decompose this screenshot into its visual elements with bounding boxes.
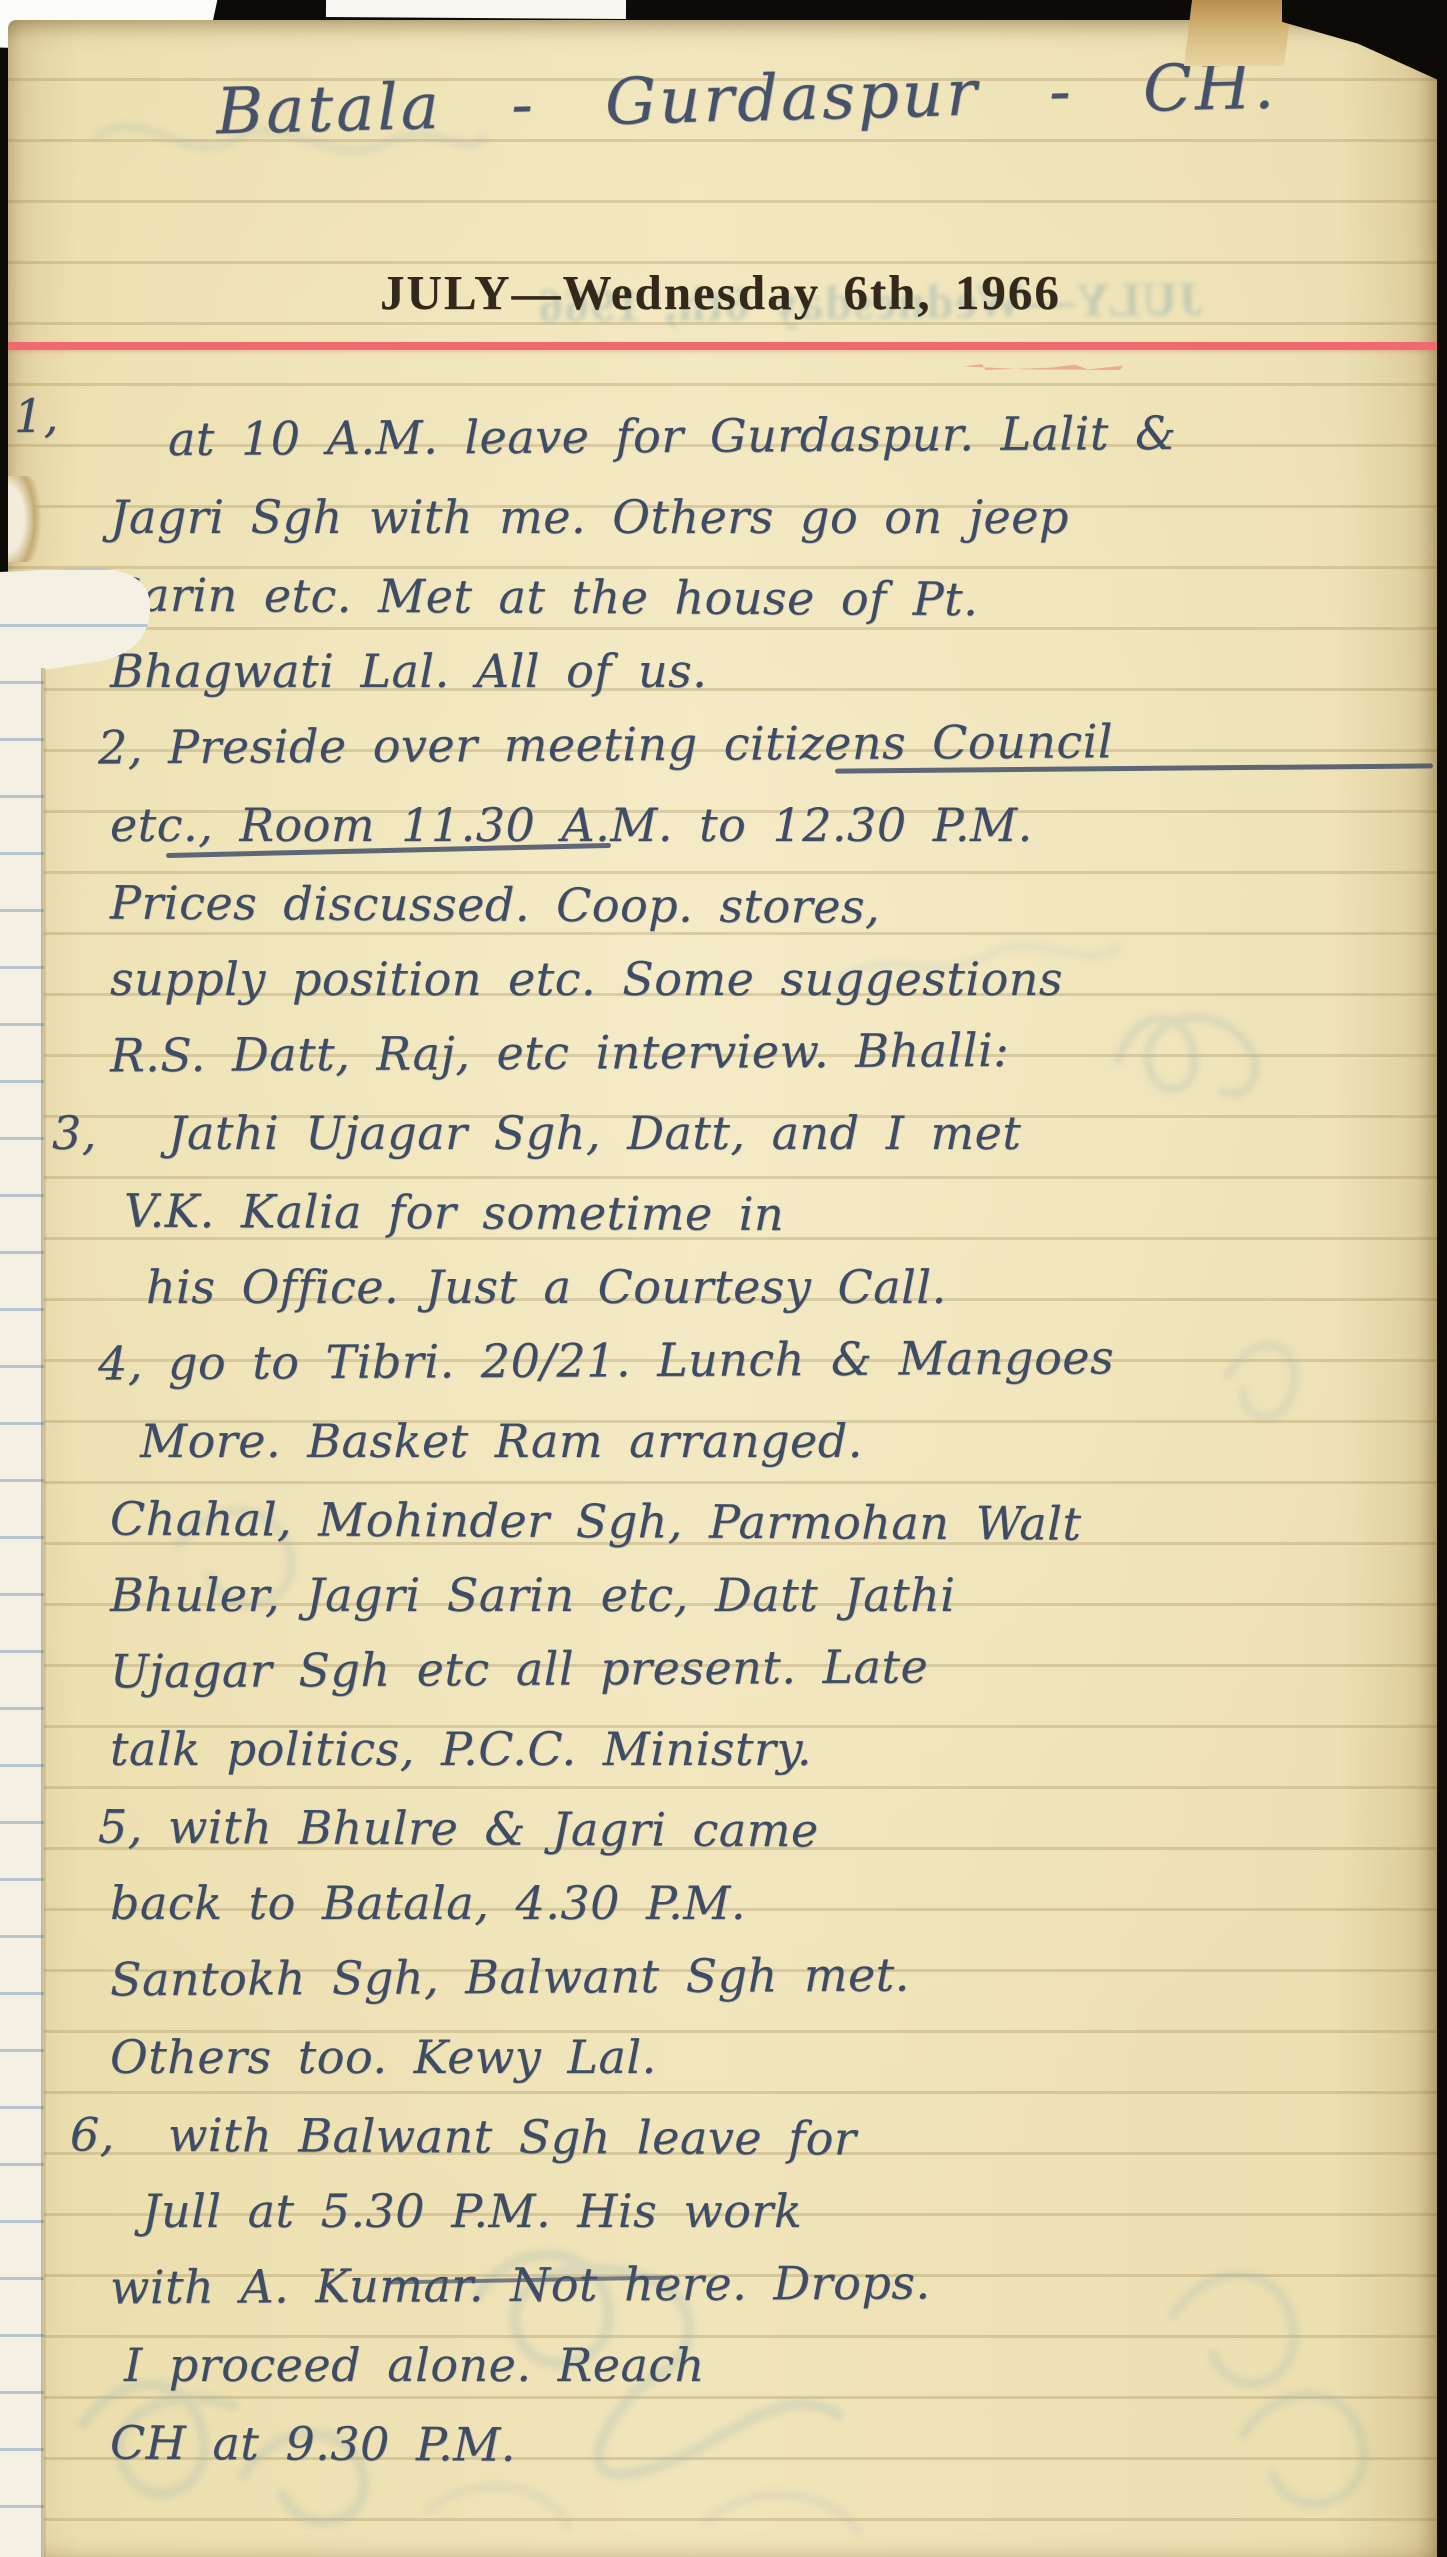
entry-text: Jull at 5.30 P.M. His work xyxy=(142,2184,802,2238)
entry-text: Jagri Sgh with me. Others go on jeep xyxy=(110,490,1069,544)
diary-line: Ujagar Sgh etc all present. Late xyxy=(8,1625,1437,1711)
diary-line: with A. Kumar. Not here. Drops. xyxy=(8,2241,1437,2327)
diary-line: I proceed alone. Reach xyxy=(8,2327,1437,2404)
entry-text: with Balwant Sgh leave for xyxy=(168,2108,857,2166)
scanned-diary-page: Batala - Gurdaspur - CH. JULY—Wednesday … xyxy=(0,0,1447,2557)
diary-line: Jull at 5.30 P.M. His work xyxy=(8,2173,1437,2250)
entry-number: 5, xyxy=(98,1788,143,1865)
entry-text: with Bhulre & Jagri came xyxy=(168,1800,819,1857)
diary-line: CH at 9.30 P.M. xyxy=(8,2404,1437,2488)
entry-text: R.S. Datt, Raj, etc interview. Bhalli: xyxy=(110,1023,1010,1082)
entry-text: Others too. Kewy Lal. xyxy=(110,2030,657,2084)
entry-text: More. Basket Ram arranged. xyxy=(140,1414,863,1468)
entry-number: 6, xyxy=(70,2096,115,2173)
entry-text: his Office. Just a Courtesy Call. xyxy=(146,1260,947,1314)
entry-text: talk politics, P.C.C. Ministry. xyxy=(110,1722,812,1776)
entry-text: I proceed alone. Reach xyxy=(124,2338,705,2392)
page-edge-streak xyxy=(1184,0,1292,66)
entry-text: Ujagar Sgh etc all present. Late xyxy=(110,1639,929,1698)
printed-date-heading: JULY—Wednesday 6th, 1966 xyxy=(380,264,1061,321)
diary-page: Batala - Gurdaspur - CH. JULY—Wednesday … xyxy=(8,20,1437,2557)
entry-text: with A. Kumar. Not here. Drops. xyxy=(110,2255,931,2314)
diary-line: supply position etc. Some suggestions xyxy=(8,941,1437,1018)
entry-text: at 10 A.M. leave for Gurdaspur. Lalit & xyxy=(168,406,1177,466)
entry-text: Prices discussed. Coop. stores, xyxy=(110,876,880,934)
diary-line: 3,Jathi Ujagar Sgh, Datt, and I met xyxy=(8,1095,1437,1172)
diary-line: Chahal, Mohinder Sgh, Parmohan Walt xyxy=(8,1480,1437,1564)
diary-line: talk politics, P.C.C. Ministry. xyxy=(8,1711,1437,1788)
diary-line: Jagri Sgh with me. Others go on jeep xyxy=(8,479,1437,556)
diary-line: Bhuler, Jagri Sarin etc, Datt Jathi xyxy=(8,1557,1437,1634)
entry-number: 2, xyxy=(98,709,143,786)
diary-line: his Office. Just a Courtesy Call. xyxy=(8,1249,1437,1326)
diary-line: 4,go to Tibri. 20/21. Lunch & Mangoes xyxy=(8,1317,1437,1403)
entry-text: Jathi Ujagar Sgh, Datt, and I met xyxy=(168,1106,1021,1160)
diary-line: Prices discussed. Coop. stores, xyxy=(8,864,1437,948)
entry-text: Chahal, Mohinder Sgh, Parmohan Walt xyxy=(110,1492,1082,1551)
diary-line: R.S. Datt, Raj, etc interview. Bhalli: xyxy=(8,1009,1437,1095)
diary-line: Sarin etc. Met at the house of Pt. xyxy=(8,556,1437,640)
red-rule-line xyxy=(8,342,1437,350)
torn-edge-curl xyxy=(8,476,44,562)
entry-text: Preside over meeting citizens Council xyxy=(168,714,1113,774)
entry-text: Bhagwati Lal. All of us. xyxy=(110,644,707,698)
diary-line: 5,with Bhulre & Jagri came xyxy=(8,1788,1437,1872)
diary-line: Santokh Sgh, Balwant Sgh met. xyxy=(8,1933,1437,2019)
red-ink-smudge xyxy=(963,364,1123,370)
diary-line: V.K. Kalia for sometime in xyxy=(8,1172,1437,1256)
entry-text: Bhuler, Jagri Sarin etc, Datt Jathi xyxy=(110,1568,956,1622)
diary-line: 6,with Balwant Sgh leave for xyxy=(8,2096,1437,2180)
loose-paper-sliver xyxy=(326,0,626,19)
entry-text: supply position etc. Some suggestions xyxy=(110,952,1063,1006)
diary-entries: 1,at 10 A.M. leave for Gurdaspur. Lalit … xyxy=(8,402,1437,2481)
diary-line: 1,at 10 A.M. leave for Gurdaspur. Lalit … xyxy=(8,393,1437,479)
entry-number: 3, xyxy=(52,1095,97,1172)
diary-line: back to Batala, 4.30 P.M. xyxy=(8,1865,1437,1942)
entry-text: Santokh Sgh, Balwant Sgh met. xyxy=(110,1947,910,2006)
entry-text: V.K. Kalia for sometime in xyxy=(124,1184,784,1241)
diary-line: Bhagwati Lal. All of us. xyxy=(8,633,1437,710)
entry-text: Sarin etc. Met at the house of Pt. xyxy=(110,568,979,627)
entry-text: back to Batala, 4.30 P.M. xyxy=(110,1876,746,1930)
entry-number: 4, xyxy=(98,1325,143,1402)
diary-line: 2,Preside over meeting citizens Council xyxy=(8,701,1437,787)
entry-number: 1, xyxy=(14,378,59,455)
entry-text: go to Tibri. 20/21. Lunch & Mangoes xyxy=(168,1330,1114,1390)
entry-text: CH at 9.30 P.M. xyxy=(110,2416,516,2472)
torn-page-edge xyxy=(41,668,46,2557)
diary-line: More. Basket Ram arranged. xyxy=(8,1403,1437,1480)
diary-line: Others too. Kewy Lal. xyxy=(8,2019,1437,2096)
